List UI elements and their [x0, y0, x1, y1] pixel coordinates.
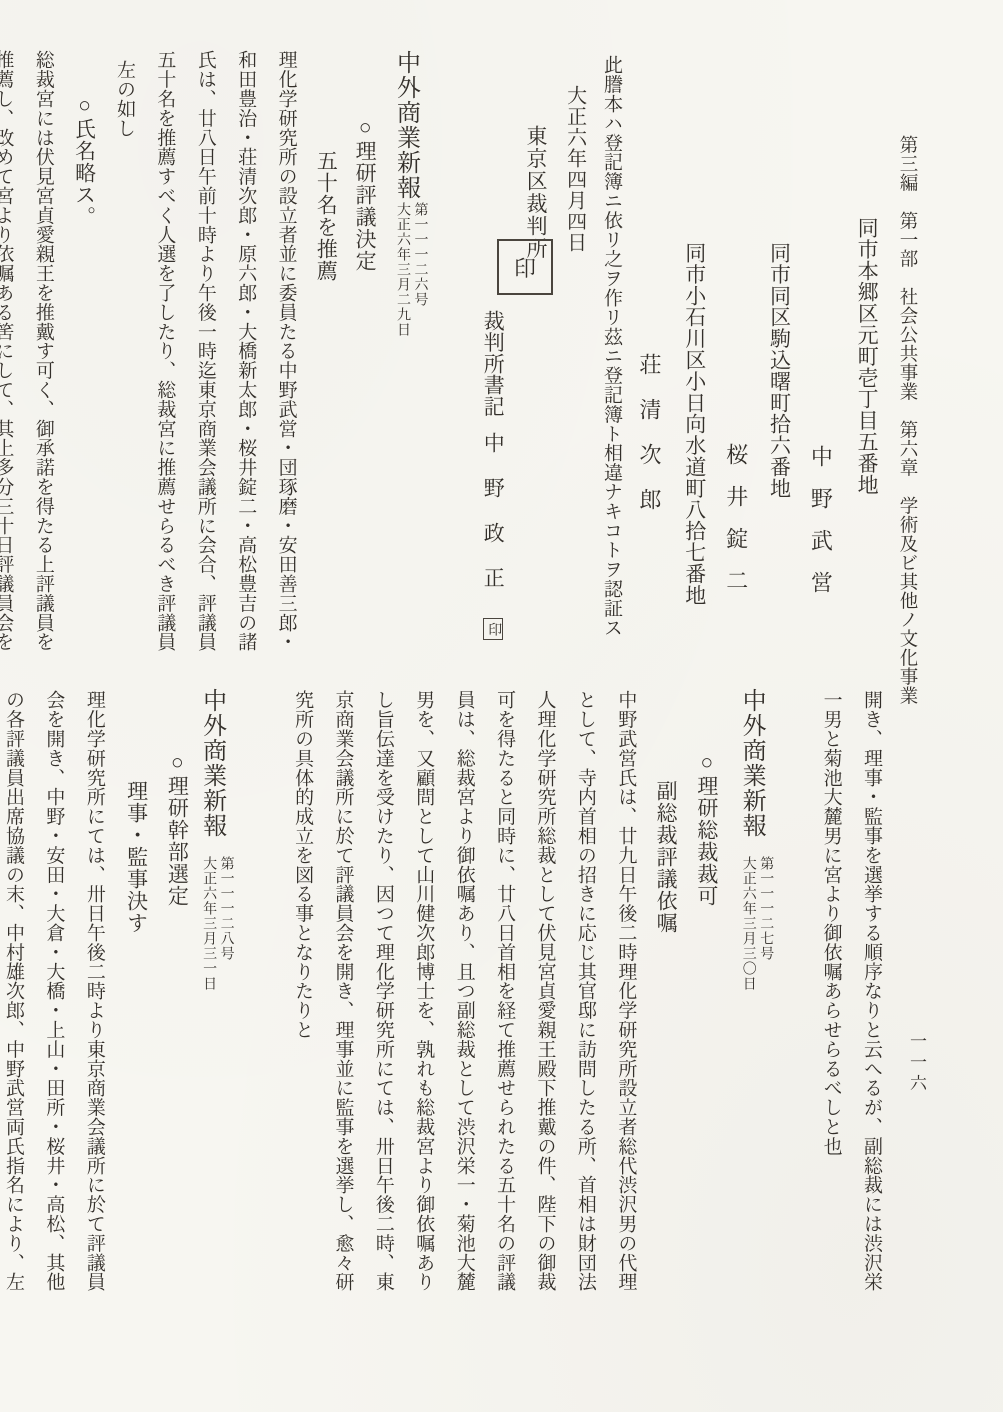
clerk-title: 裁判所書記 [481, 310, 505, 417]
registry-name: 中野武営 [807, 40, 833, 740]
article-body-line: 中野武営氏は、廿九日午後二時理化学研究所設立者総代渋沢男の代理 [614, 688, 636, 1348]
issue-number: 第一一一二八号 [217, 856, 235, 991]
article-body-line: 会を開き、中野・安田・大倉・大橋・上山・田所・桜井・高松、其他 [42, 688, 64, 1348]
newspaper-title-column: 中外商業新報第一一一二七号大正六年三月三〇日 [737, 688, 774, 1348]
issue-number: 第一一一二七号 [757, 856, 775, 991]
registry-address: 同市小石川区小日向水道町八拾七番地 [682, 40, 707, 740]
article-body-line: 和田豊治・荘清次郎・原六郎・大橋新太郎・桜井錠二・高松豊吉の諸 [234, 40, 256, 740]
article-body-line: として、寺内首相の招きに応じ其官邸に訪問したる所、首相は財団法 [574, 688, 596, 1348]
article-subheadline: 五十名を推薦 [314, 40, 339, 740]
article-body-line: 京商業会議所に於て評議員会を開き、理事並に監事を選挙し、愈々研 [331, 688, 353, 1348]
issue-date: 大正六年三月三〇日 [739, 856, 757, 991]
newspaper-title-column: 中外商業新報第一一一二八号大正六年三月三一日 [197, 688, 234, 1348]
bottom-text-block: 開き、理事・監事を選挙する順序なりと云へるが、副総裁には渋沢栄 一男と菊池大麓男… [2, 688, 882, 1348]
article-body-line: 員は、総裁宮より御依嘱あり、且つ副総裁として渋沢栄一・菊池大麓 [452, 688, 474, 1348]
issue-number: 第一一一二六号 [411, 202, 429, 337]
article-body-line: 左の如し [113, 40, 135, 740]
clerk-seal-icon: 印 [483, 618, 503, 640]
certification-date: 大正六年四月四日 [562, 40, 586, 740]
article-body-line: し旨伝達を受けたり、因つて理化学研究所にては、卅日午後二時、東 [371, 688, 393, 1348]
article-body-line: 究所の具体的成立を図る事となりたりと [291, 688, 313, 1348]
issue-date: 大正六年三月三一日 [200, 856, 218, 991]
article-body-line: 可を得たると同時に、廿八日首相を経て推薦せられたる五十名の評議 [493, 688, 515, 1348]
article-body-line: 理化学研究所にては、卅日午後二時より東京商業会議所に於て評議員 [82, 688, 104, 1348]
article-body-line: 男を、又顧問として山川健次郎博士を、孰れも総裁宮より御依嘱あり [412, 688, 434, 1348]
article-headline: ○理研総裁裁可 [694, 688, 719, 1348]
certification-statement: 此謄本ハ登記簿ニ依リ之ヲ作リ茲ニ登記簿ト相違ナキコトヲ認証ス [600, 40, 622, 740]
article-body-line: 開き、理事・監事を選挙する順序なりと云へるが、副総裁には渋沢栄 [860, 688, 882, 1348]
newspaper-title-column: 中外商業新報第一一一二六号大正六年三月二九日 [391, 40, 428, 740]
article-body-line: 人理化学研究所総裁として伏見宮貞愛親王殿下推戴の件、陛下の御裁 [533, 688, 555, 1348]
registry-name: 荘清次郎 [636, 40, 662, 740]
court-clerk-line: 裁判所書記中野政正印 [480, 40, 505, 740]
article-subheadline: 理事・監事決す [124, 688, 149, 1348]
article-body-line: 推薦し、改めて宮より依嘱ある筈にして、其上多分三十日評議員会を [0, 40, 13, 740]
page-number: 一一六 [904, 1032, 929, 1095]
article-headline: ○理研評議決定 [352, 40, 377, 740]
seal-label: 印 [514, 252, 536, 283]
article-subheadline: 副総裁評議依嘱 [653, 688, 678, 1348]
article-body-line: の各評議員出席協議の末、中村雄次郎、中野武営両氏指名により、左 [2, 688, 24, 1348]
court-seal-box: 印 [497, 239, 553, 295]
court-name: 東京区裁判所 [523, 40, 548, 740]
scanned-book-page: 第三編 第一部 社会公共事業 第六章 学術及ビ其他ノ文化事業 同市本郷区元町壱丁… [0, 0, 1003, 1412]
newspaper-title: 中外商業新報 [392, 50, 418, 200]
newspaper-title: 中外商業新報 [738, 688, 764, 838]
newspaper-title: 中外商業新報 [199, 688, 225, 838]
clerk-name: 中野政正 [481, 432, 505, 612]
names-omitted-note: ○氏名略ス。 [72, 40, 97, 740]
article-body-line: 理化学研究所の設立者並に委員たる中野武営・団琢磨・安田善三郎・ [274, 40, 296, 740]
article-body-line: 五十名を推薦すべく人選を了したり、総裁宮に推薦せらるべき評議員 [153, 40, 175, 740]
chapter-header: 第三編 第一部 社会公共事業 第六章 学術及ビ其他ノ文化事業 [895, 40, 917, 740]
registry-address: 同市同区駒込曙町拾六番地 [767, 40, 792, 740]
issue-date: 大正六年三月二九日 [393, 202, 411, 337]
article-body-line: 一男と菊池大麓男に宮より御依嘱あらせらるべしと也 [819, 688, 841, 1348]
registry-name: 桜井錠二 [723, 40, 749, 740]
article-body-line: 総裁宮には伏見宮貞愛親王を推戴す可く、御承諾を得たる上評議員を [31, 40, 53, 740]
top-text-block: 第三編 第一部 社会公共事業 第六章 学術及ビ其他ノ文化事業 同市本郷区元町壱丁… [0, 40, 917, 740]
article-body-line: 氏は、廿八日午前十時より午後一時迄東京商業会議所に会合、評議員 [193, 40, 215, 740]
registry-address: 同市本郷区元町壱丁目五番地 [854, 40, 879, 740]
article-headline: ○理研幹部選定 [165, 688, 190, 1348]
